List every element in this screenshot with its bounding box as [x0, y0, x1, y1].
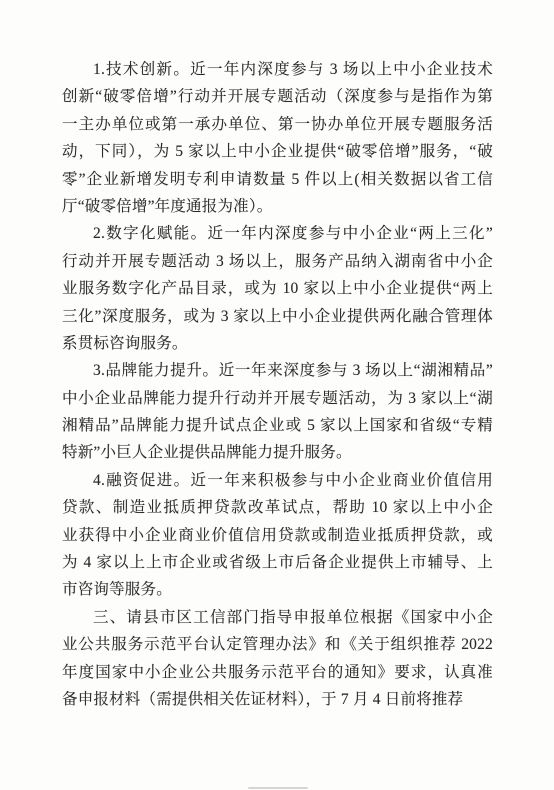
text-line: 一主办单位或第一承办单位、第一协办单位开展专题服务活: [62, 111, 493, 138]
text-line: 动，下同），为 5 家以上中小企业提供“破零倍增”服务，“破: [62, 138, 493, 165]
text-line: 1.技术创新。近一年内深度参与 3 场以上中小企业技术: [62, 56, 493, 83]
text-line: 业服务数字化产品目录，或为 10 家以上中小企业提供“两上: [62, 275, 493, 302]
text-line: 为 4 家以上上市企业或省级上市后备企业提供上市辅导、上: [62, 549, 493, 576]
text-line: 厅“破零倍增”年度通报为准）。: [62, 193, 493, 220]
text-line: 贷款、制造业抵质押贷款改革试点，帮助 10 家以上中小企: [62, 494, 493, 521]
text-line: 湘精品”品牌能力提升试点企业或 5 家以上国家和省级“专精: [62, 412, 493, 439]
text-line: 3.品牌能力提升。近一年来深度参与 3 场以上“湖湘精品”: [62, 357, 493, 384]
text-line: 三化”深度服务，或为 3 家以上中小企业提供两化融合管理体: [62, 303, 493, 330]
text-line: 创新“破零倍增”行动并开展专题活动（深度参与是指作为第: [62, 83, 493, 110]
text-line: 零”企业新增发明专利申请数量 5 件以上(相关数据以省工信: [62, 166, 493, 193]
para-1-technical-innovation: 1.技术创新。近一年内深度参与 3 场以上中小企业技术创新“破零倍增”行动并开展…: [62, 56, 493, 220]
text-line: 4.融资促进。近一年来积极参与中小企业商业价值信用: [62, 467, 493, 494]
text-line: 系贯标咨询服务。: [62, 330, 493, 357]
para-4-financing-promotion: 4.融资促进。近一年来积极参与中小企业商业价值信用贷款、制造业抵质押贷款改革试点…: [62, 467, 493, 604]
text-line: 年度国家中小企业公共服务示范平台的通知》要求，认真准: [62, 659, 493, 686]
text-line: 市咨询等服务。: [62, 576, 493, 603]
text-line: 业获得中小企业商业价值信用贷款或制造业抵质押贷款，或: [62, 522, 493, 549]
para-5-declaration-guidance: 三、请县市区工信部门指导申报单位根据《国家中小企业公共服务示范平台认定管理办法》…: [62, 604, 493, 714]
text-line: 特新”小巨人企业提供品牌能力提升服务。: [62, 439, 493, 466]
para-2-digital-empowerment: 2.数字化赋能。近一年内深度参与中小企业“两上三化”行动并开展专题活动 3 场以…: [62, 220, 493, 357]
text-line: 2.数字化赋能。近一年内深度参与中小企业“两上三化”: [62, 220, 493, 247]
document-page: 1.技术创新。近一年内深度参与 3 场以上中小企业技术创新“破零倍增”行动并开展…: [0, 0, 554, 790]
scan-artifact: [248, 787, 308, 789]
text-line: 行动并开展专题活动 3 场以上，服务产品纳入湖南省中小企: [62, 248, 493, 275]
text-line: 中小企业品牌能力提升行动并开展专题活动，为 3 家以上“湖: [62, 385, 493, 412]
text-line: 三、请县市区工信部门指导申报单位根据《国家中小企: [62, 604, 493, 631]
text-line: 业公共服务示范平台认定管理办法》和《关于组织推荐 2022: [62, 631, 493, 658]
text-line: 备申报材料（需提供相关佐证材料），于 7 月 4 日前将推荐: [62, 686, 493, 713]
document-body: 1.技术创新。近一年内深度参与 3 场以上中小企业技术创新“破零倍增”行动并开展…: [62, 56, 493, 713]
para-3-brand-capability: 3.品牌能力提升。近一年来深度参与 3 场以上“湖湘精品”中小企业品牌能力提升行…: [62, 357, 493, 467]
